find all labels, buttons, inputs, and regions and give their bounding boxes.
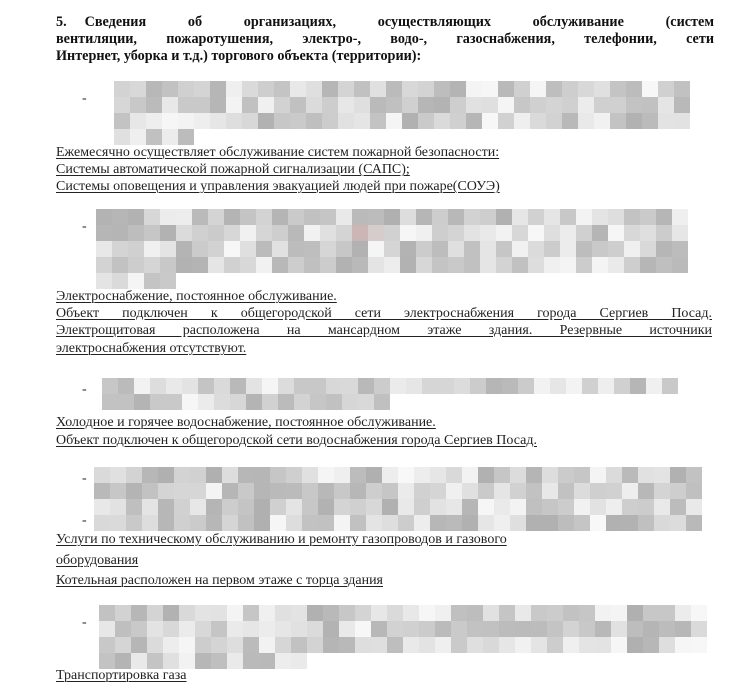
redaction-cell [352,241,368,257]
redaction-cell [576,257,592,273]
redaction-cell [642,113,658,129]
entry-2-line-2: Объект подключен к общегородской сети эл… [56,305,712,322]
redaction-cell [304,209,320,225]
bullet-dash: - [82,383,87,397]
redaction-cell [402,81,418,97]
redaction-cell [118,394,134,410]
redaction-cell [182,378,198,394]
redaction-cell [222,499,238,515]
redaction-cell [307,605,323,621]
redaction-cell [128,257,144,273]
redaction-cell [198,394,214,410]
redaction-cell [307,637,323,653]
redaction-cell [464,225,480,241]
redaction-cell [114,113,130,129]
redaction-cell [546,81,562,97]
redaction-cell [290,97,306,113]
redaction-cell [254,515,270,531]
entry-2-line-4: электроснабжения отсутствуют. [56,340,246,357]
redaction-cell [498,97,514,113]
redaction-cell [563,637,579,653]
redaction-cell [102,378,118,394]
redaction-cell [230,378,246,394]
redaction-cell [243,605,259,621]
redaction-cell [576,225,592,241]
redaction-cell [526,515,542,531]
redaction-cell [499,621,515,637]
redaction-cell [259,653,275,669]
redaction-cell [192,241,208,257]
redaction-cell [166,394,182,410]
redaction-cell [198,378,214,394]
redaction-cell [654,467,670,483]
redaction-cell [320,241,336,257]
redaction-cell [446,499,462,515]
redaction-cell [339,621,355,637]
redaction-cell [400,209,416,225]
redaction-cell [211,653,227,669]
redaction-cell [640,241,656,257]
redaction-cell [550,378,566,394]
redaction-cell [627,637,643,653]
redaction-cell [354,97,370,113]
entry-1-line-3: Системы оповещения и управления эвакуаци… [56,178,500,195]
redaction-cell [258,97,274,113]
redaction-cell [448,241,464,257]
redaction-cell [302,483,318,499]
bullet-dash: - [82,616,87,630]
redaction-cell [294,394,310,410]
redaction-cell [515,637,531,653]
redaction-cell [480,257,496,273]
redaction-cell [434,81,450,97]
redaction-cell [275,637,291,653]
redaction-cell [350,483,366,499]
redaction-cell [480,241,496,257]
redaction-cell [382,499,398,515]
redaction-cell [240,257,256,273]
redaction-cell [398,483,414,499]
redaction-cell [480,225,496,241]
redaction-cell [115,637,131,653]
redaction-cell [224,257,240,273]
redaction-cell [270,499,286,515]
redaction-cell [451,605,467,621]
redaction-cell [387,621,403,637]
redaction-cell [384,225,400,241]
redaction-cell [146,129,162,145]
redaction-cell [144,225,160,241]
redaction-cell [416,225,432,241]
redaction-cell [226,97,242,113]
redaction-cell [294,378,310,394]
redaction-cell [208,241,224,257]
redaction-cell [590,483,606,499]
redaction-cell [306,113,322,129]
redaction-cell [606,515,622,531]
redaction-cell [496,257,512,273]
redaction-cell [448,225,464,241]
redaction-cell [206,483,222,499]
redaction-cell [240,225,256,241]
redaction-cell [672,257,688,273]
redaction-cell [318,483,334,499]
redaction-cell [558,515,574,531]
redaction-cell [467,637,483,653]
redaction-cell [176,257,192,273]
redaction-cell [608,241,624,257]
redaction-cell [622,467,638,483]
redaction-cell [94,515,110,531]
redaction-cell [542,483,558,499]
redaction-cell [562,113,578,129]
redaction-cell [595,605,611,621]
redaction-cell [288,225,304,241]
redaction-cell [574,515,590,531]
redaction-cell [374,378,390,394]
redaction-cell [114,81,130,97]
redaction-cell [526,467,542,483]
redaction-cell [464,209,480,225]
redaction-cell [118,378,134,394]
redaction-cell [435,637,451,653]
redaction-cell [131,621,147,637]
redaction-cell [574,467,590,483]
entry-1-line-2: Системы автоматической пожарной сигнализ… [56,161,410,178]
redaction-cell [656,257,672,273]
redaction-cell [226,113,242,129]
redaction-cell [162,81,178,97]
redaction-cell [371,605,387,621]
redaction-cell [323,637,339,653]
redaction-cell [434,113,450,129]
redaction-cell [206,467,222,483]
redaction-cell [274,81,290,97]
heading-line-2: вентиляции, пожаротушения, электро-, вод… [56,31,714,48]
bullet-dash: - [82,514,87,528]
redaction-cell [130,81,146,97]
redaction-cell [560,241,576,257]
redaction-cell [211,605,227,621]
redaction-cell [670,483,686,499]
redaction-cell [610,81,626,97]
redaction-cell [115,621,131,637]
redaction-cell [227,605,243,621]
redaction-cell [414,515,430,531]
redaction-cell [686,515,702,531]
bullet-dash: - [82,472,87,486]
redaction-cell [286,499,302,515]
redaction-cell [142,515,158,531]
redaction-cell [654,499,670,515]
redaction-cell [691,621,707,637]
redaction-cell [368,225,384,241]
redaction-cell [178,81,194,97]
redaction-cell [430,467,446,483]
redaction-cell [275,621,291,637]
redaction-cell [114,129,130,145]
redaction-cell [542,467,558,483]
redaction-cell [272,241,288,257]
redaction-cell [256,241,272,257]
redaction-cell [482,113,498,129]
redaction-cell [467,605,483,621]
redaction-cell [310,378,326,394]
redaction-cell [246,394,262,410]
redaction-cell [163,637,179,653]
redaction-cell [430,483,446,499]
redaction-cell [270,515,286,531]
redaction-cell [432,241,448,257]
redaction-cell [307,621,323,637]
redaction-cell [670,515,686,531]
redaction-cell [210,97,226,113]
redaction-cell [112,273,128,289]
redaction-cell [94,499,110,515]
redaction-cell [450,113,466,129]
redaction-cell [334,483,350,499]
redaction-cell [566,378,582,394]
redaction-cell [592,257,608,273]
entry-4-line-3: Котельная расположен на первом этаже с т… [56,572,383,589]
redaction-cell [256,209,272,225]
redaction-cell [646,378,662,394]
redaction-cell [240,241,256,257]
redaction-cell [416,241,432,257]
redaction-cell [112,257,128,273]
redaction-cell [531,605,547,621]
redaction-cell [246,378,262,394]
redaction-cell [670,499,686,515]
redaction-cell [514,113,530,129]
redaction-cell [622,499,638,515]
redaction-cell [366,483,382,499]
redaction-cell [227,621,243,637]
redaction-cell [368,209,384,225]
redaction-cell [526,499,542,515]
redaction-cell [384,241,400,257]
redaction-cell [290,81,306,97]
redaction-cell [182,394,198,410]
redaction-cell [578,97,594,113]
redaction-cell [414,467,430,483]
redaction-cell [614,378,630,394]
redaction-cell [179,637,195,653]
redaction-cell [126,515,142,531]
redaction-cell [174,483,190,499]
redaction-cell [419,621,435,637]
redaction-cell [382,483,398,499]
redaction-cell [112,209,128,225]
redaction-cell [528,209,544,225]
redaction-cell [194,81,210,97]
redaction-cell [422,378,438,394]
redaction-cell [243,621,259,637]
redaction-cell [496,209,512,225]
redaction-cell [110,483,126,499]
redaction-cell [530,81,546,97]
redaction-cell [166,378,182,394]
redaction-cell [354,113,370,129]
redaction-cell [514,81,530,97]
redaction-cell [435,605,451,621]
redaction-cell [642,81,658,97]
redaction-cell [131,605,147,621]
redaction-cell [483,605,499,621]
redaction-cell [366,467,382,483]
redaction-cell [590,515,606,531]
redaction-cell [115,605,131,621]
redaction-cell [339,605,355,621]
redaction-cell [514,97,530,113]
redaction-cell [224,209,240,225]
redaction-cell [430,515,446,531]
redaction-cell [416,209,432,225]
redaction-cell [162,129,178,145]
redaction-cell [259,605,275,621]
redaction-cell [304,225,320,241]
redaction-cell [622,483,638,499]
redaction-cell [560,257,576,273]
redaction-cell [450,97,466,113]
redaction-cell [626,81,642,97]
redaction-cell [306,81,322,97]
redaction-cell [258,113,274,129]
redaction-cell [512,209,528,225]
redaction-cell [638,499,654,515]
heading-line-3: Интернет, уборка и т.д.) торгового объек… [56,48,714,65]
redaction-cell [466,97,482,113]
redaction-cell [592,225,608,241]
redaction-cell [238,499,254,515]
redaction-cell [470,378,486,394]
redaction-cell [478,499,494,515]
redaction-cell [451,621,467,637]
redaction-cell [482,81,498,97]
redaction-cell [134,394,150,410]
redaction-cell [466,81,482,97]
redaction-cell [544,225,560,241]
redaction-cell [384,209,400,225]
redaction-cell [542,515,558,531]
redaction-cell [528,225,544,241]
redaction-cell [322,81,338,97]
redaction-cell [626,97,642,113]
redaction-cell [286,467,302,483]
redaction-cell [195,637,211,653]
redaction-cell [112,241,128,257]
redaction-cell [530,113,546,129]
redaction-cell [158,483,174,499]
redaction-cell [576,241,592,257]
redaction-cell [240,209,256,225]
redaction-cell [342,378,358,394]
redaction-cell [190,467,206,483]
redaction-cell [562,97,578,113]
redaction-cell [531,637,547,653]
redaction-cell [638,467,654,483]
redaction-cell [608,225,624,241]
redaction-cell [272,257,288,273]
redaction-cell [371,637,387,653]
redaction-cell [574,483,590,499]
redaction-cell [674,97,690,113]
redaction-cell [224,225,240,241]
redaction-cell [238,515,254,531]
redaction-cell [350,499,366,515]
redaction-cell [386,113,402,129]
redaction-cell [99,605,115,621]
redaction-cell [150,394,166,410]
redaction-cell [210,81,226,97]
redaction-cell [691,605,707,621]
redaction-cell [94,483,110,499]
redaction-cell [370,81,386,97]
redaction-cell [448,209,464,225]
redaction-cell [370,97,386,113]
redaction-cell [560,225,576,241]
redaction-cell [627,605,643,621]
redaction-cell [674,113,690,129]
redaction-cell [643,605,659,621]
redaction-cell [416,257,432,273]
redaction-cell [622,515,638,531]
redaction-cell [126,499,142,515]
redaction-cell [606,483,622,499]
redaction-cell [558,499,574,515]
redaction-cell [254,483,270,499]
redaction-cell [563,605,579,621]
redaction-cell [190,515,206,531]
redaction-cell [222,515,238,531]
redaction-cell [594,81,610,97]
section-heading: 5. Сведения об организациях, осуществляю… [56,14,714,65]
redaction-cell [582,378,598,394]
redaction-cell [206,499,222,515]
redaction-cell [659,605,675,621]
redaction-cell [368,257,384,273]
redaction-cell [128,209,144,225]
redaction-cell [278,378,294,394]
redaction-cell [304,241,320,257]
redaction-cell [590,467,606,483]
redaction-cell [144,257,160,273]
redaction-cell [326,394,342,410]
redaction-cell [211,637,227,653]
redaction-cell [494,499,510,515]
redaction-cell [432,225,448,241]
redaction-cell [334,467,350,483]
redaction-cell [462,515,478,531]
redaction-cell [322,113,338,129]
redaction-cell [162,97,178,113]
entry-2-line-3: Электрощитовая расположена на мансардном… [56,322,712,339]
redaction-cell [96,225,112,241]
redaction-cell [403,621,419,637]
redaction-cell [528,257,544,273]
redaction-cell [630,378,646,394]
redaction-cell [547,605,563,621]
redaction-cell [486,378,502,394]
redaction-cell [339,637,355,653]
redaction-cell [675,621,691,637]
redaction-cell [610,113,626,129]
redaction-cell [398,467,414,483]
redaction-cell [238,483,254,499]
redaction-cell [238,467,254,483]
redaction-cell [130,129,146,145]
redaction-cell [334,515,350,531]
